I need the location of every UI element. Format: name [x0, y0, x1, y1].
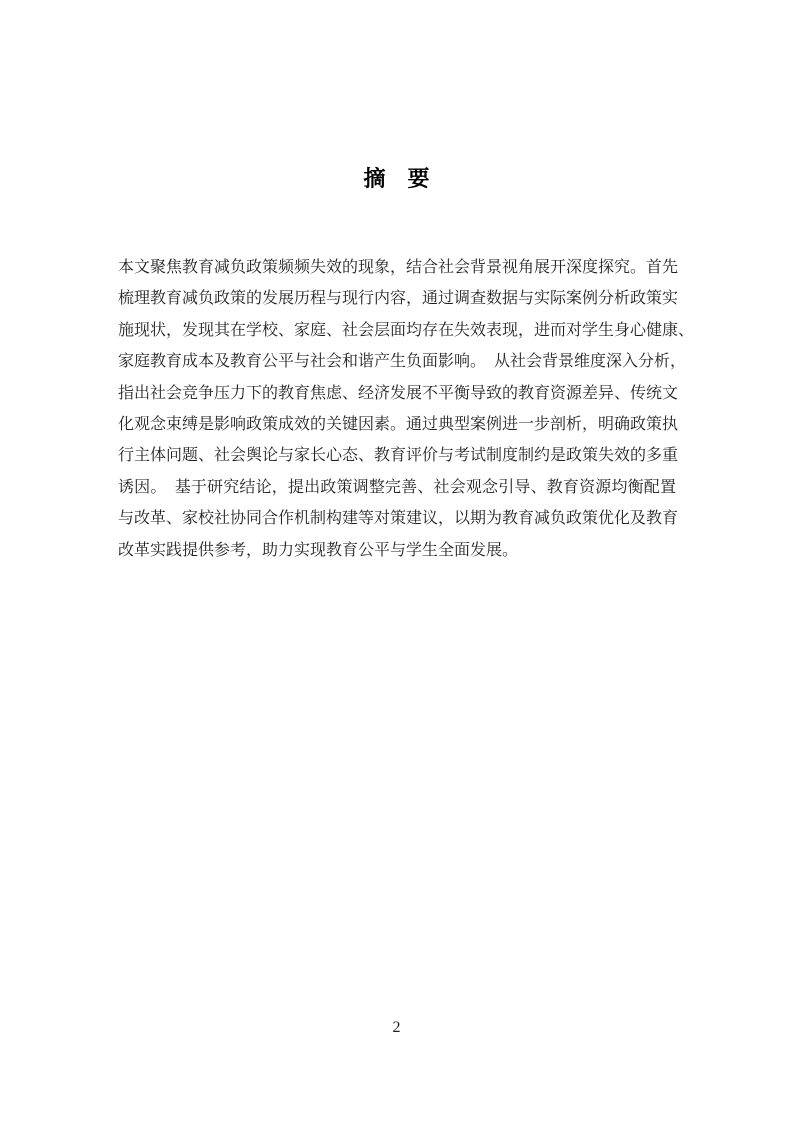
abstract-line: 诱因。 基于研究结论，提出政策调整完善、社会观念引导、教育资源均衡配置 — [118, 472, 676, 503]
abstract-line: 改革实践提供参考，助力实现教育公平与学生全面发展。 — [118, 535, 676, 566]
abstract-line: 梳理教育减负政策的发展历程与现行内容，通过调查数据与实际案例分析政策实 — [118, 283, 676, 314]
page-title: 摘 要 — [0, 165, 793, 192]
abstract-line: 与改革、家校社协同合作机制构建等对策建议，以期为教育减负政策优化及教育 — [118, 503, 676, 534]
abstract-line: 本文聚焦教育减负政策频频失效的现象，结合社会背景视角展开深度探究。首先 — [118, 252, 676, 283]
abstract-line: 化观念束缚是影响政策成效的关键因素。通过典型案例进一步剖析，明确政策执 — [118, 409, 676, 440]
abstract-line: 施现状，发现其在学校、家庭、社会层面均存在失效表现，进而对学生身心健康、 — [118, 315, 676, 346]
document-page: 摘 要 本文聚焦教育减负政策频频失效的现象，结合社会背景视角展开深度探究。首先 … — [0, 0, 793, 1122]
abstract-line: 指出社会竞争压力下的教育焦虑、经济发展不平衡导致的教育资源差异、传统文 — [118, 378, 676, 409]
page-footer: 2 — [0, 1019, 793, 1037]
abstract-line: 家庭教育成本及教育公平与社会和谐产生负面影响。 从社会背景维度深入分析， — [118, 346, 676, 377]
page-number: 2 — [393, 1019, 401, 1036]
abstract-paragraph: 本文聚焦教育减负政策频频失效的现象，结合社会背景视角展开深度探究。首先 梳理教育… — [118, 252, 676, 566]
abstract-line: 行主体问题、社会舆论与家长心态、教育评价与考试制度制约是政策失效的多重 — [118, 440, 676, 471]
